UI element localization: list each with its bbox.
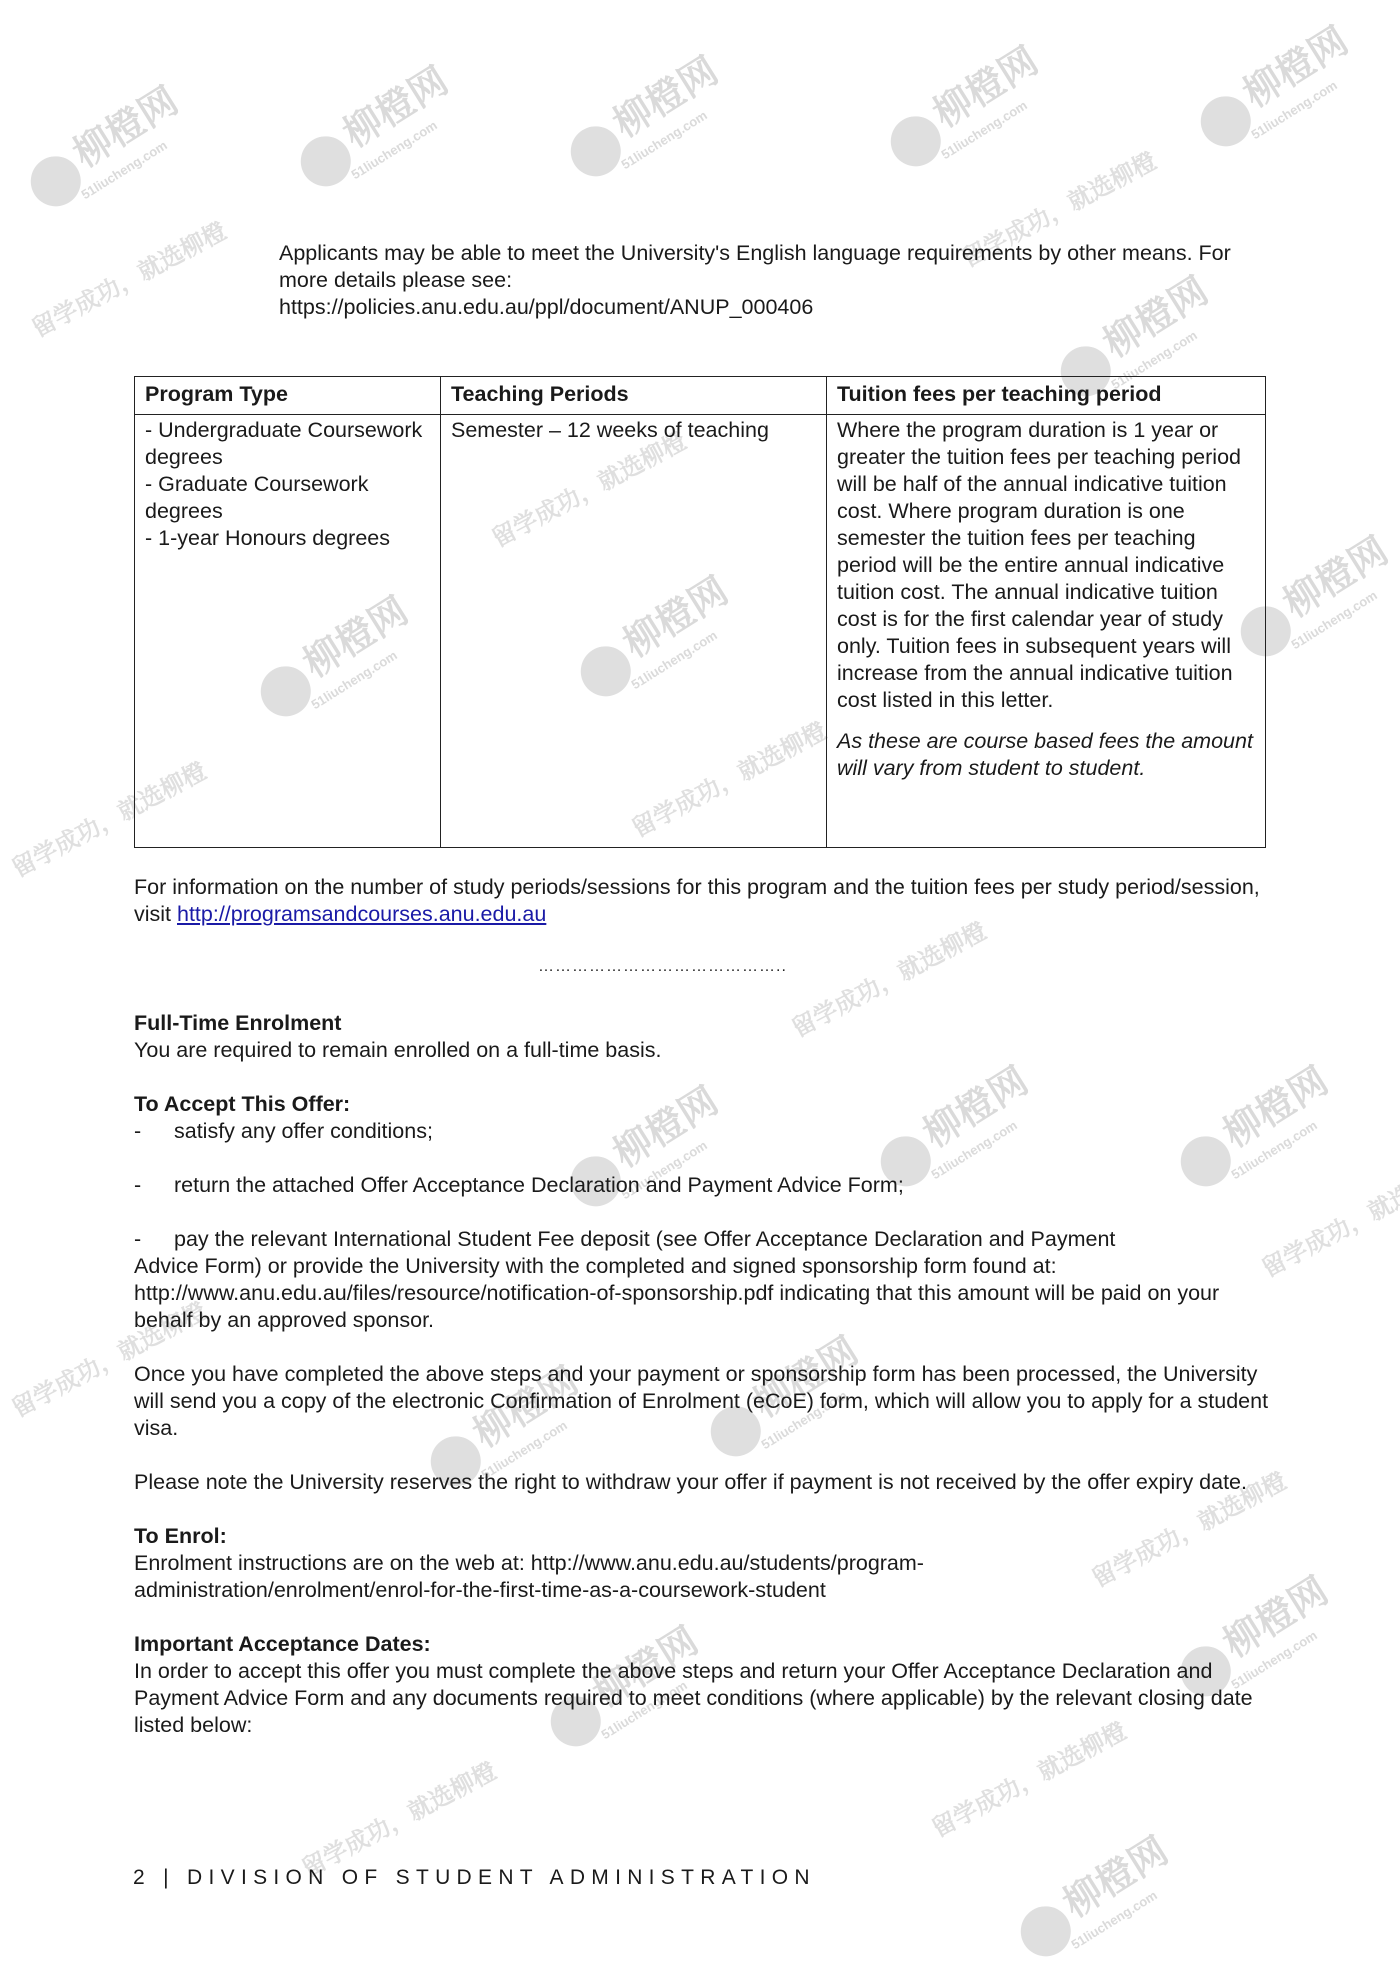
watermark-slogan: 留学成功，就选柳橙: [24, 211, 231, 343]
full-time-heading: Full-Time Enrolment: [134, 1010, 1264, 1037]
program-type-item: - Undergraduate Coursework degrees: [145, 417, 430, 471]
watermark: 柳橙网51liucheng.com: [553, 41, 736, 194]
page-footer: 2 | DIVISION OF STUDENT ADMINISTRATION: [133, 1866, 816, 1890]
header-program-type: Program Type: [135, 377, 441, 415]
dotted-divider: ……………………………………..: [538, 958, 787, 976]
tuition-note: As these are course based fees the amoun…: [837, 728, 1255, 782]
watermark: 柳橙网51liucheng.com: [1183, 11, 1366, 164]
watermark-slogan: 留学成功，就选柳橙: [1254, 1151, 1400, 1283]
watermark-logo-icon: [21, 147, 90, 216]
table-header-row: Program Type Teaching Periods Tuition fe…: [135, 377, 1266, 415]
footer-separator: |: [163, 1866, 175, 1889]
cell-program-types: - Undergraduate Coursework degrees - Gra…: [135, 415, 441, 848]
watermark-logo-icon: [1191, 87, 1260, 156]
accept-offer-section: To Accept This Offer: -satisfy any offer…: [134, 1091, 1274, 1739]
page-number: 2: [133, 1866, 151, 1889]
cell-tuition-fees: Where the program duration is 1 year or …: [827, 415, 1266, 848]
accept-step-continued: Advice Form) or provide the University w…: [134, 1253, 1274, 1334]
dates-text: In order to accept this offer you must c…: [134, 1658, 1274, 1739]
tuition-fees-table: Program Type Teaching Periods Tuition fe…: [134, 376, 1266, 848]
full-time-text: You are required to remain enrolled on a…: [134, 1037, 1264, 1064]
program-info-paragraph: For information on the number of study p…: [134, 874, 1264, 928]
withdraw-paragraph: Please note the University reserves the …: [134, 1469, 1274, 1496]
watermark: 柳橙网51liucheng.com: [1003, 1821, 1186, 1974]
enrol-text: Enrolment instructions are on the web at…: [134, 1550, 1084, 1604]
english-requirements-note: Applicants may be able to meet the Unive…: [279, 240, 1239, 321]
table-row: - Undergraduate Coursework degrees - Gra…: [135, 415, 1266, 848]
ecoe-paragraph: Once you have completed the above steps …: [134, 1361, 1274, 1442]
watermark-logo-icon: [561, 117, 630, 186]
watermark: 柳橙网51liucheng.com: [13, 71, 196, 224]
intro-text: Applicants may be able to meet the Unive…: [279, 240, 1239, 294]
watermark: 柳橙网51liucheng.com: [873, 31, 1056, 184]
policy-url: https://policies.anu.edu.au/ppl/document…: [279, 294, 1239, 321]
header-tuition-fees: Tuition fees per teaching period: [827, 377, 1266, 415]
watermark: 柳橙网51liucheng.com: [283, 51, 466, 204]
cell-teaching-period: Semester – 12 weeks of teaching: [441, 415, 827, 848]
division-name: DIVISION OF STUDENT ADMINISTRATION: [187, 1866, 816, 1889]
full-time-section: Full-Time Enrolment You are required to …: [134, 1010, 1264, 1064]
accept-step: -pay the relevant International Student …: [134, 1226, 1274, 1253]
enrol-heading: To Enrol:: [134, 1523, 1274, 1550]
watermark-logo-icon: [291, 127, 360, 196]
program-type-item: - Graduate Coursework degrees: [145, 471, 430, 525]
programs-courses-link[interactable]: http://programsandcourses.anu.edu.au: [177, 902, 546, 926]
watermark-logo-icon: [1011, 1897, 1080, 1966]
accept-heading: To Accept This Offer:: [134, 1091, 1274, 1118]
dates-heading: Important Acceptance Dates:: [134, 1631, 1274, 1658]
watermark-logo-icon: [881, 107, 950, 176]
accept-step: -return the attached Offer Acceptance De…: [134, 1172, 1274, 1199]
watermark-slogan: 留学成功，就选柳橙: [294, 1751, 501, 1883]
accept-step: -satisfy any offer conditions;: [134, 1118, 1274, 1145]
header-teaching-periods: Teaching Periods: [441, 377, 827, 415]
program-type-item: - 1-year Honours degrees: [145, 525, 430, 552]
tuition-text: Where the program duration is 1 year or …: [837, 417, 1255, 714]
